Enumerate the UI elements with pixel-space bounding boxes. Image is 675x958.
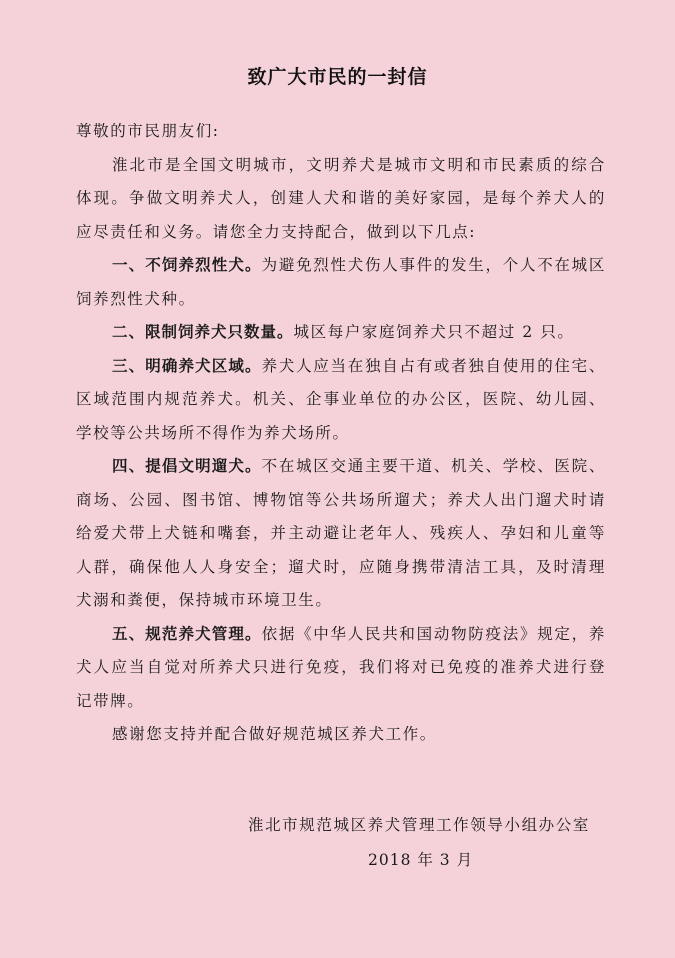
signature: 淮北市规范城区养犬管理工作领导小组办公室 xyxy=(0,813,590,835)
intro-paragraph: 淮北市是全国文明城市，文明养犬是城市文明和市民素质的综合体现。争做文明养犬人，创… xyxy=(76,149,606,250)
salutation: 尊敬的市民朋友们: xyxy=(76,115,606,149)
letter-body: 尊敬的市民朋友们: 淮北市是全国文明城市，文明养犬是城市文明和市民素质的综合体现… xyxy=(76,115,606,752)
point-3-heading: 三、明确养犬区域。 xyxy=(112,357,262,375)
point-2: 二、限制饲养犬只数量。城区每户家庭饲养犬只不超过 2 只。 xyxy=(76,316,606,350)
point-2-text: 城区每户家庭饲养犬只不超过 2 只。 xyxy=(294,323,575,341)
point-4-text: 不在城区交通主要干道、机关、学校、医院、商场、公园、图书馆、博物馆等公共场所遛犬… xyxy=(76,457,606,609)
date: 2018 年 3 月 xyxy=(368,848,473,870)
point-5: 五、规范养犬管理。依据《中华人民共和国动物防疫法》规定，养犬人应当自觉对所养犬只… xyxy=(76,618,606,719)
point-2-heading: 二、限制饲养犬只数量。 xyxy=(112,323,294,341)
document-title: 致广大市民的一封信 xyxy=(0,62,675,89)
point-3: 三、明确养犬区域。养犬人应当在独自占有或者独自使用的住宅、区域范围内规范养犬。机… xyxy=(76,350,606,451)
point-4: 四、提倡文明遛犬。不在城区交通主要干道、机关、学校、医院、商场、公园、图书馆、博… xyxy=(76,450,606,618)
point-4-heading: 四、提倡文明遛犬。 xyxy=(112,457,262,475)
point-1: 一、不饲养烈性犬。为避免烈性犬伤人事件的发生，个人不在城区饲养烈性犬种。 xyxy=(76,249,606,316)
point-1-heading: 一、不饲养烈性犬。 xyxy=(112,256,262,274)
closing-line: 感谢您支持并配合做好规范城区养犬工作。 xyxy=(76,718,606,752)
point-5-heading: 五、规范养犬管理。 xyxy=(112,625,262,643)
